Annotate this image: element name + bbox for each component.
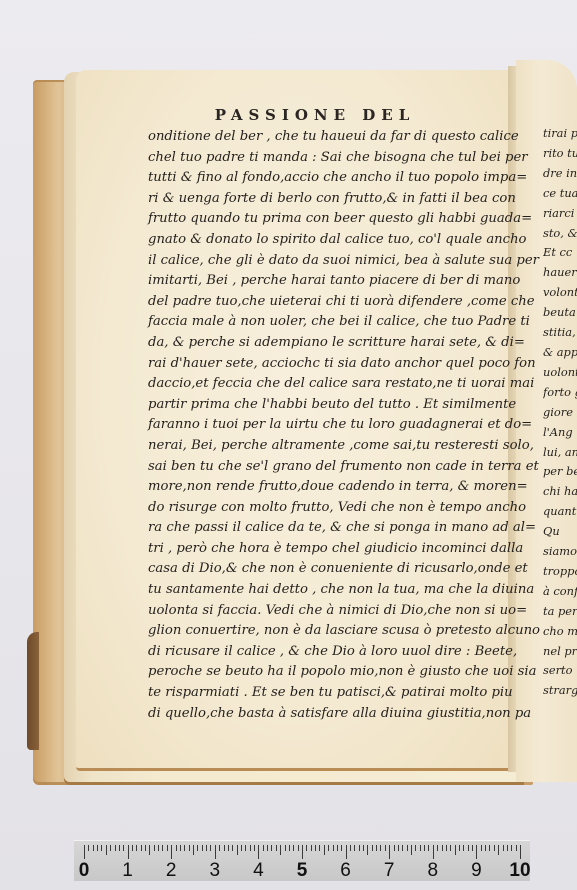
leather-tie: [27, 632, 39, 750]
ruler-label: 10: [509, 860, 530, 882]
text-line: riarci in: [543, 204, 577, 224]
right-page-text: tirai percrito tuo,cdre in se,ce tua,&ri…: [543, 124, 577, 701]
text-line: volonta: [543, 283, 577, 303]
ruler-tick: [485, 845, 486, 851]
text-line: cho m: [543, 622, 577, 642]
ruler-tick: [337, 845, 338, 851]
text-line: faranno i tuoi per la uirtu che tu loro …: [148, 415, 493, 436]
text-line: à confo: [543, 582, 577, 602]
ruler-tick: [115, 845, 116, 851]
text-line: nerai, Bei, perche altramente ,come sai,…: [148, 436, 493, 457]
text-line: nel pr: [543, 642, 577, 662]
ruler-tick: [407, 845, 408, 851]
ruler-tick: [385, 845, 386, 851]
ruler-tick: [298, 845, 299, 851]
ruler-tick: [158, 845, 159, 851]
text-line: troppo: [543, 562, 577, 582]
ruler-tick: [341, 845, 342, 851]
ruler-label: 5: [297, 860, 308, 882]
ruler-tick: [450, 845, 451, 851]
text-line: ra che passi il calice da te, & che si p…: [148, 518, 493, 539]
ruler-tick: [389, 845, 390, 859]
text-line: serto: [543, 661, 577, 681]
ruler-tick: [110, 845, 111, 851]
ruler-tick: [141, 845, 142, 851]
text-line: siamo a: [543, 542, 577, 562]
text-line: da, & perche si adempiano le scritture h…: [148, 333, 493, 354]
text-line: partir prima che l'habbi beuto del tutto…: [148, 395, 493, 416]
ruler-tick: [119, 845, 120, 851]
left-page-text: onditione del ber , che tu haueui da far…: [148, 127, 493, 724]
ruler-tick: [162, 845, 163, 851]
text-line: hauer d: [543, 263, 577, 283]
ruler-tick: [428, 845, 429, 851]
ruler-tick: [494, 845, 495, 851]
ruler-tick: [319, 845, 320, 851]
text-line: rai d'hauer sete, acciochc ti sia dato a…: [148, 354, 493, 375]
ruler-tick: [380, 845, 381, 851]
ruler-tick: [468, 845, 469, 851]
ruler-tick: [442, 845, 443, 851]
ruler-label: 9: [471, 860, 482, 882]
text-line: gnato & donato lo spirito dal calice tuo…: [148, 230, 493, 251]
ruler-tick: [145, 845, 146, 851]
text-line: sto, & l': [543, 224, 577, 244]
ruler-tick: [328, 845, 329, 851]
text-line: per ber: [543, 462, 577, 482]
text-line: il calice, che gli è dato da suoi nimici…: [148, 251, 493, 272]
ruler-tick: [171, 845, 172, 859]
ruler-tick: [202, 845, 203, 851]
ruler-tick: [394, 845, 395, 851]
text-line: quantu: [543, 502, 577, 522]
text-line: giore ,: [543, 403, 577, 423]
ruler-tick: [210, 845, 211, 851]
text-line: more,non rende frutto,doue cadendo in te…: [148, 477, 493, 498]
text-line: dre in se,: [543, 164, 577, 184]
ruler-tick: [258, 845, 259, 859]
text-line: peroche se beuto ha il popolo mio,non è …: [148, 662, 493, 683]
ruler-tick: [481, 845, 482, 851]
ruler-tick: [285, 845, 286, 851]
ruler-tick: [333, 845, 334, 851]
ruler-tick: [489, 845, 490, 851]
text-line: chi ha: [543, 482, 577, 502]
ruler-tick: [503, 845, 504, 851]
ruler-tick: [372, 845, 373, 851]
ruler-tick: [167, 845, 168, 851]
text-line: del padre tuo,che uieterai chi ti uorà d…: [148, 292, 493, 313]
ruler-tick: [367, 845, 368, 855]
ruler-tick: [498, 845, 499, 855]
ruler-tick: [245, 845, 246, 851]
text-line: glion conuertire, non è da lasciare scus…: [148, 621, 493, 642]
ruler-tick: [359, 845, 360, 851]
text-line: l'Ang: [543, 423, 577, 443]
text-line: strarg: [543, 681, 577, 701]
text-line: daccio,et feccia che del calice sara res…: [148, 374, 493, 395]
text-line: stitia, c: [543, 323, 577, 343]
ruler-tick: [206, 845, 207, 851]
ruler-tick: [254, 845, 255, 851]
text-line: tirai perc: [543, 124, 577, 144]
text-line: frutto quando tu prima con beer questo g…: [148, 209, 493, 230]
ruler-tick: [136, 845, 137, 851]
text-line: tutti & fino al fondo,accio che ancho il…: [148, 168, 493, 189]
ruler-tick: [293, 845, 294, 851]
ruler-tick: [280, 845, 281, 855]
ruler-tick: [228, 845, 229, 851]
ruler-tick: [354, 845, 355, 851]
ruler-tick: [106, 845, 107, 855]
text-line: do risurge con molto frutto, Vedi che no…: [148, 498, 493, 519]
text-line: di quello,che basta à satisfare alla diu…: [148, 704, 493, 725]
ruler-tick: [189, 845, 190, 851]
ruler-tick: [511, 845, 512, 851]
ruler-tick: [101, 845, 102, 851]
ruler-tick: [472, 845, 473, 851]
text-line: & app: [543, 343, 577, 363]
ruler-tick: [420, 845, 421, 851]
text-line: rito tuo,c: [543, 144, 577, 164]
ruler-tick: [154, 845, 155, 851]
ruler-tick: [88, 845, 89, 851]
ruler-tick: [446, 845, 447, 851]
text-line: di ricusare il calice , & che Dio à loro…: [148, 642, 493, 663]
ruler-tick: [433, 845, 434, 859]
text-line: Et cc: [543, 243, 577, 263]
ruler-tick: [271, 845, 272, 851]
text-line: sai ben tu che se'l grano del frumento n…: [148, 457, 493, 478]
ruler-tick: [324, 845, 325, 855]
ruler-tick: [302, 845, 303, 859]
text-line: Qu: [543, 522, 577, 542]
ruler-tick: [376, 845, 377, 851]
running-header: PASSIONE DEL: [150, 106, 480, 124]
text-line: lui, an: [543, 443, 577, 463]
ruler-label: 2: [166, 860, 177, 882]
ruler-tick: [363, 845, 364, 851]
ruler-tick: [398, 845, 399, 851]
text-line: faccia male à non uoler, che bei il cali…: [148, 312, 493, 333]
text-line: beuta la: [543, 303, 577, 323]
text-line: onditione del ber , che tu haueui da far…: [148, 127, 493, 148]
text-line: imitarti, Bei , perche harai tanto piace…: [148, 271, 493, 292]
ruler-tick: [241, 845, 242, 851]
text-line: casa di Dio,& che non è conueniente di r…: [148, 559, 493, 580]
ruler-tick: [224, 845, 225, 851]
ruler-tick: [476, 845, 477, 859]
ruler-label: 6: [340, 860, 351, 882]
text-line: forto g: [543, 383, 577, 403]
ruler-tick: [232, 845, 233, 851]
ruler-tick: [463, 845, 464, 851]
text-line: ce tua,&: [543, 184, 577, 204]
ruler-tick: [180, 845, 181, 851]
ruler-tick: [97, 845, 98, 851]
text-line: ri & uenga forte di berlo con frutto,& i…: [148, 189, 493, 210]
text-line: te risparmiati . Et se ben tu patisci,& …: [148, 683, 493, 704]
ruler-tick: [267, 845, 268, 851]
ruler-tick: [346, 845, 347, 859]
text-line: uolont: [543, 363, 577, 383]
ruler-tick: [459, 845, 460, 851]
ruler-tick: [184, 845, 185, 851]
ruler-tick: [350, 845, 351, 851]
ruler-tick: [516, 845, 517, 851]
ruler-tick: [520, 845, 521, 859]
text-line: ta per: [543, 602, 577, 622]
ruler-tick: [215, 845, 216, 859]
ruler-tick: [507, 845, 508, 851]
ruler-tick: [237, 845, 238, 855]
ruler-tick: [250, 845, 251, 851]
ruler-label: 4: [253, 860, 264, 882]
ruler-tick: [193, 845, 194, 855]
ruler-tick: [128, 845, 129, 859]
text-line: chel tuo padre ti manda : Sai che bisogn…: [148, 148, 493, 169]
ruler-tick: [132, 845, 133, 851]
ruler-tick: [123, 845, 124, 851]
ruler-tick: [276, 845, 277, 851]
ruler-tick: [197, 845, 198, 851]
text-line: tu santamente hai detto , che non la tua…: [148, 580, 493, 601]
ruler-tick: [289, 845, 290, 851]
ruler-tick: [402, 845, 403, 851]
ruler-tick: [176, 845, 177, 851]
ruler-tick: [415, 845, 416, 851]
ruler-tick: [149, 845, 150, 855]
ruler-tick: [93, 845, 94, 851]
ruler-tick: [263, 845, 264, 851]
ruler-tick: [315, 845, 316, 851]
ruler-tick: [437, 845, 438, 851]
ruler-label: 0: [79, 860, 90, 882]
ruler-tick: [411, 845, 412, 855]
ruler-tick: [306, 845, 307, 851]
ruler-label: 7: [384, 860, 395, 882]
ruler-label: 1: [122, 860, 133, 882]
ruler-tick: [311, 845, 312, 851]
ruler-tick: [455, 845, 456, 855]
ruler-tick: [219, 845, 220, 851]
ruler-tick: [424, 845, 425, 851]
ruler-label: 8: [428, 860, 439, 882]
ruler-label: 3: [210, 860, 221, 882]
text-line: tri , però che hora è tempo chel giudici…: [148, 539, 493, 560]
ruler-tick: [84, 845, 85, 859]
text-line: uolonta si faccia. Vedi che à nimici di …: [148, 601, 493, 622]
scale-ruler: 012345678910: [74, 840, 530, 881]
